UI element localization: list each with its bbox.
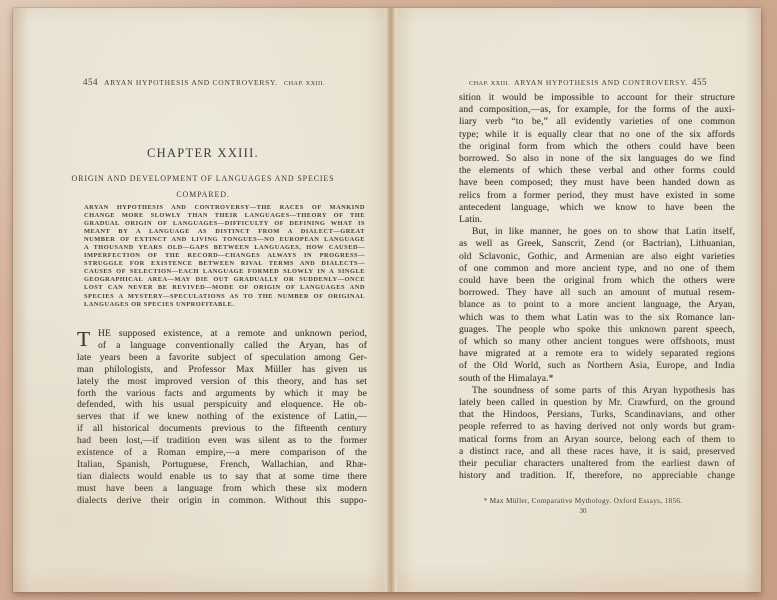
chapter-subtitle-line1: ORIGIN AND DEVELOPMENT OF LANGUAGES AND … — [38, 174, 368, 183]
text-line: of the Old World, such as Northern Asia,… — [459, 360, 735, 372]
text-line: lately the most improved version of this… — [77, 376, 367, 388]
right-page: CHAP. XXIII. ARYAN HYPOTHESIS AND CONTRO… — [397, 8, 761, 592]
book-gutter — [385, 8, 397, 592]
text-line: guages. The people who spoke this unknow… — [459, 324, 735, 336]
signature-mark: 30 — [445, 507, 721, 515]
text-line: tian dialects would enable us to say tha… — [77, 471, 367, 483]
text-line: man philologists, and Professor Max Müll… — [77, 364, 367, 376]
text-line: lately been called in question by Mr. Cr… — [459, 397, 735, 409]
text-line: borrowed. They have all such an amount o… — [459, 287, 735, 299]
text-line: the original form from which the others … — [459, 141, 735, 153]
text-line: defended, with his usual perspicuity and… — [77, 399, 367, 411]
text-line: liary verb “to be,” all evidently variet… — [459, 116, 735, 128]
text-line: the elements of which these verbal and o… — [459, 165, 735, 177]
text-line: A THOUSAND YEARS OLD—GAPS BETWEEN LANGUA… — [84, 244, 365, 252]
text-line: their peculiar characters unaltered from… — [459, 458, 735, 470]
left-body-lines: HE supposed existence, at a remote and u… — [77, 328, 367, 507]
right-page-number: 455 — [692, 77, 707, 87]
text-line: SPECIES A MYSTERY—SPECULATIONS AS TO THE… — [84, 293, 365, 301]
chapter-heading: CHAPTER XXIII. — [38, 146, 368, 161]
text-line: dialects derive their origin in common. … — [77, 495, 367, 507]
text-line: of which so many other ancient tongues w… — [459, 336, 735, 348]
text-line: of a language conventionally called the … — [77, 340, 367, 352]
text-line: relics from a former period, they must h… — [459, 190, 735, 202]
text-line: antecedent language, which we know to ha… — [459, 202, 735, 214]
text-line: GRADUAL ORIGIN OF LANGUAGES—DIFFICULTY O… — [84, 220, 365, 228]
text-line: as well as Greek, Sanscrit, Zend (or Bac… — [459, 238, 735, 250]
left-running-title: ARYAN HYPOTHESIS AND CONTROVERSY. — [98, 78, 284, 87]
text-line: matical forms from an Aryan source, belo… — [459, 434, 735, 446]
left-chapter-label: CHAP. XXIII. — [284, 80, 325, 87]
text-line: serves that if we knew nothing of the ex… — [77, 411, 367, 423]
text-line: old Sclavonic, Gothic, and Armenian are … — [459, 251, 735, 263]
right-body-text: sition it would be impossible to account… — [459, 92, 735, 483]
text-line: blance as to point to a more ancient lan… — [459, 299, 735, 311]
chapter-subtitle-line2: COMPARED. — [38, 190, 368, 199]
right-running-head: CHAP. XXIII. ARYAN HYPOTHESIS AND CONTRO… — [469, 77, 707, 87]
text-line: CAUSES OF SELECTION—EACH LANGUAGE FORMED… — [84, 268, 365, 276]
text-line: NUMBER OF EXTINCT AND LIVING TONGUES—NO … — [84, 236, 365, 244]
text-line: STRUGGLE FOR EXISTENCE BETWEEN RIVAL TER… — [84, 260, 365, 268]
right-running-title: ARYAN HYPOTHESIS AND CONTROVERSY. — [510, 78, 692, 87]
text-line: have been composed; they must have been … — [459, 177, 735, 189]
text-line: MEANT BY A LANGUAGE AS DISTINCT FROM A D… — [84, 228, 365, 236]
text-line: CHANGE MORE SLOWLY THAN THEIR LANGUAGES—… — [84, 212, 365, 220]
text-line: sition it would be impossible to account… — [459, 92, 735, 104]
text-line: have migrated at a remote era to widely … — [459, 348, 735, 360]
text-line: But, in like manner, he goes on to show … — [459, 226, 735, 238]
text-line: had been lost,—if tradition even was sil… — [77, 435, 367, 447]
left-body-text: T HE supposed existence, at a remote and… — [77, 328, 367, 507]
text-line: LANGUAGES OR SPECIES UNPROFITABLE. — [84, 301, 365, 309]
text-line: people referred to as having derived not… — [459, 421, 735, 433]
text-line: Italian, Spanish, Portuguese, French, Wa… — [77, 459, 367, 471]
text-line: of one common and more ancient type, and… — [459, 263, 735, 275]
book-spread: 454 ARYAN HYPOTHESIS AND CONTROVERSY. CH… — [13, 8, 761, 592]
text-line: history and tradition. If, therefore, no… — [459, 470, 735, 482]
left-page-number: 454 — [83, 77, 98, 87]
text-line: if all historical documents previous to … — [77, 423, 367, 435]
left-running-head: 454 ARYAN HYPOTHESIS AND CONTROVERSY. CH… — [83, 77, 325, 87]
text-line: IMPERFECTION OF THE RECORD—CHANGES ALWAY… — [84, 252, 365, 260]
text-line: HE supposed existence, at a remote and u… — [77, 328, 367, 340]
text-line: late years been a favorite subject of sp… — [77, 352, 367, 364]
text-line: south of the Himalaya.* — [459, 373, 735, 385]
text-line: borrowed. So also in none of the six lan… — [459, 153, 735, 165]
text-line: could have been the original from which … — [459, 275, 735, 287]
footnote: * Max Müller, Comparative Mythology. Oxf… — [445, 496, 721, 505]
chapter-synopsis: ARYAN HYPOTHESIS AND CONTROVERSY—THE RAC… — [84, 204, 365, 309]
text-line: LOST CAN NEVER BE REVIVED—MODE OF ORIGIN… — [84, 284, 365, 292]
text-line: must have been a language from which the… — [77, 483, 367, 495]
text-line: ARYAN HYPOTHESIS AND CONTROVERSY—THE RAC… — [84, 204, 365, 212]
text-line: that the Hindoos, Persians, Turks, Scand… — [459, 409, 735, 421]
drop-cap: T — [77, 329, 90, 350]
text-line: type; while it is equally clear that no … — [459, 129, 735, 141]
text-line: which was to them what Latin was to the … — [459, 312, 735, 324]
text-line: Latin. — [459, 214, 735, 226]
text-line: The soundness of some parts of this Arya… — [459, 385, 735, 397]
left-page: 454 ARYAN HYPOTHESIS AND CONTROVERSY. CH… — [13, 8, 385, 592]
text-line: GEOGRAPHICAL AREA—MAY DIE OUT GRADUALLY … — [84, 276, 365, 284]
text-line: existence of a Roman empire,—a mere comp… — [77, 447, 367, 459]
text-line: a distinct race, and all these races hav… — [459, 446, 735, 458]
text-line: forth the various facts and arguments by… — [77, 388, 367, 400]
book-scan: { "palette": { "backdrop": "#cda68e", "p… — [0, 0, 777, 600]
right-chapter-label: CHAP. XXIII. — [469, 80, 510, 87]
text-line: and composition,—as, for example, for th… — [459, 104, 735, 116]
